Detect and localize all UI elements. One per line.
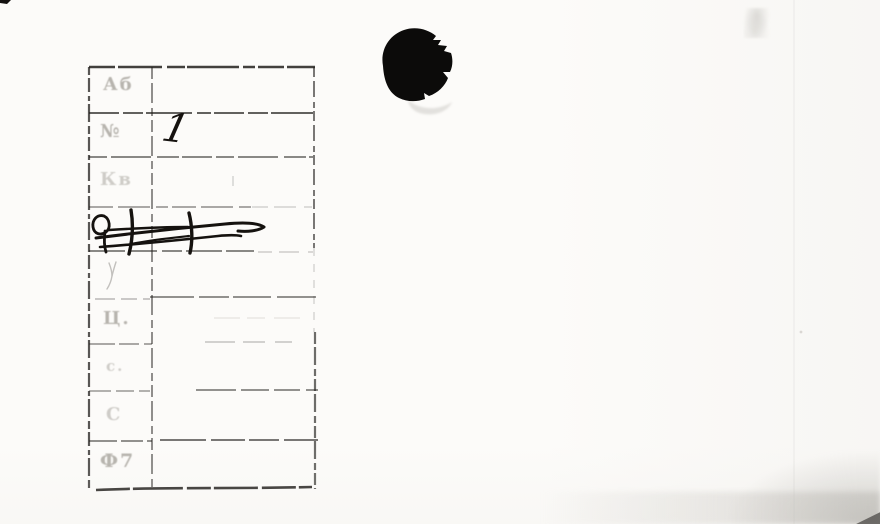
paper-crease xyxy=(793,0,795,524)
paper-speck xyxy=(800,331,803,334)
stamp-row-label-kv: Кв xyxy=(100,169,133,190)
stamp-row-label-f7: Ф7 xyxy=(100,450,135,472)
faint-pen-tick xyxy=(107,262,116,289)
stamp-row-label-ab: Аб xyxy=(103,74,134,95)
scan-edge-artifact xyxy=(0,0,11,4)
bottom-right-shadow xyxy=(730,452,880,524)
stamp-row-label-ts: Ц. xyxy=(103,308,131,329)
stamp-row-label-s-upper: С xyxy=(106,404,122,425)
pen-signature-scrawl xyxy=(93,210,264,254)
ink-blot-shadow xyxy=(408,100,452,114)
stamp-row-label-no: № xyxy=(100,121,122,142)
stamp-table-frame xyxy=(89,67,318,490)
black-ink-blot xyxy=(382,28,452,114)
top-right-smudge xyxy=(744,8,770,38)
scanned-document-page: Аб № Кв Ц. с. С Ф7 1 xyxy=(0,0,880,524)
stamp-row-label-s-lower: с. xyxy=(106,357,124,375)
